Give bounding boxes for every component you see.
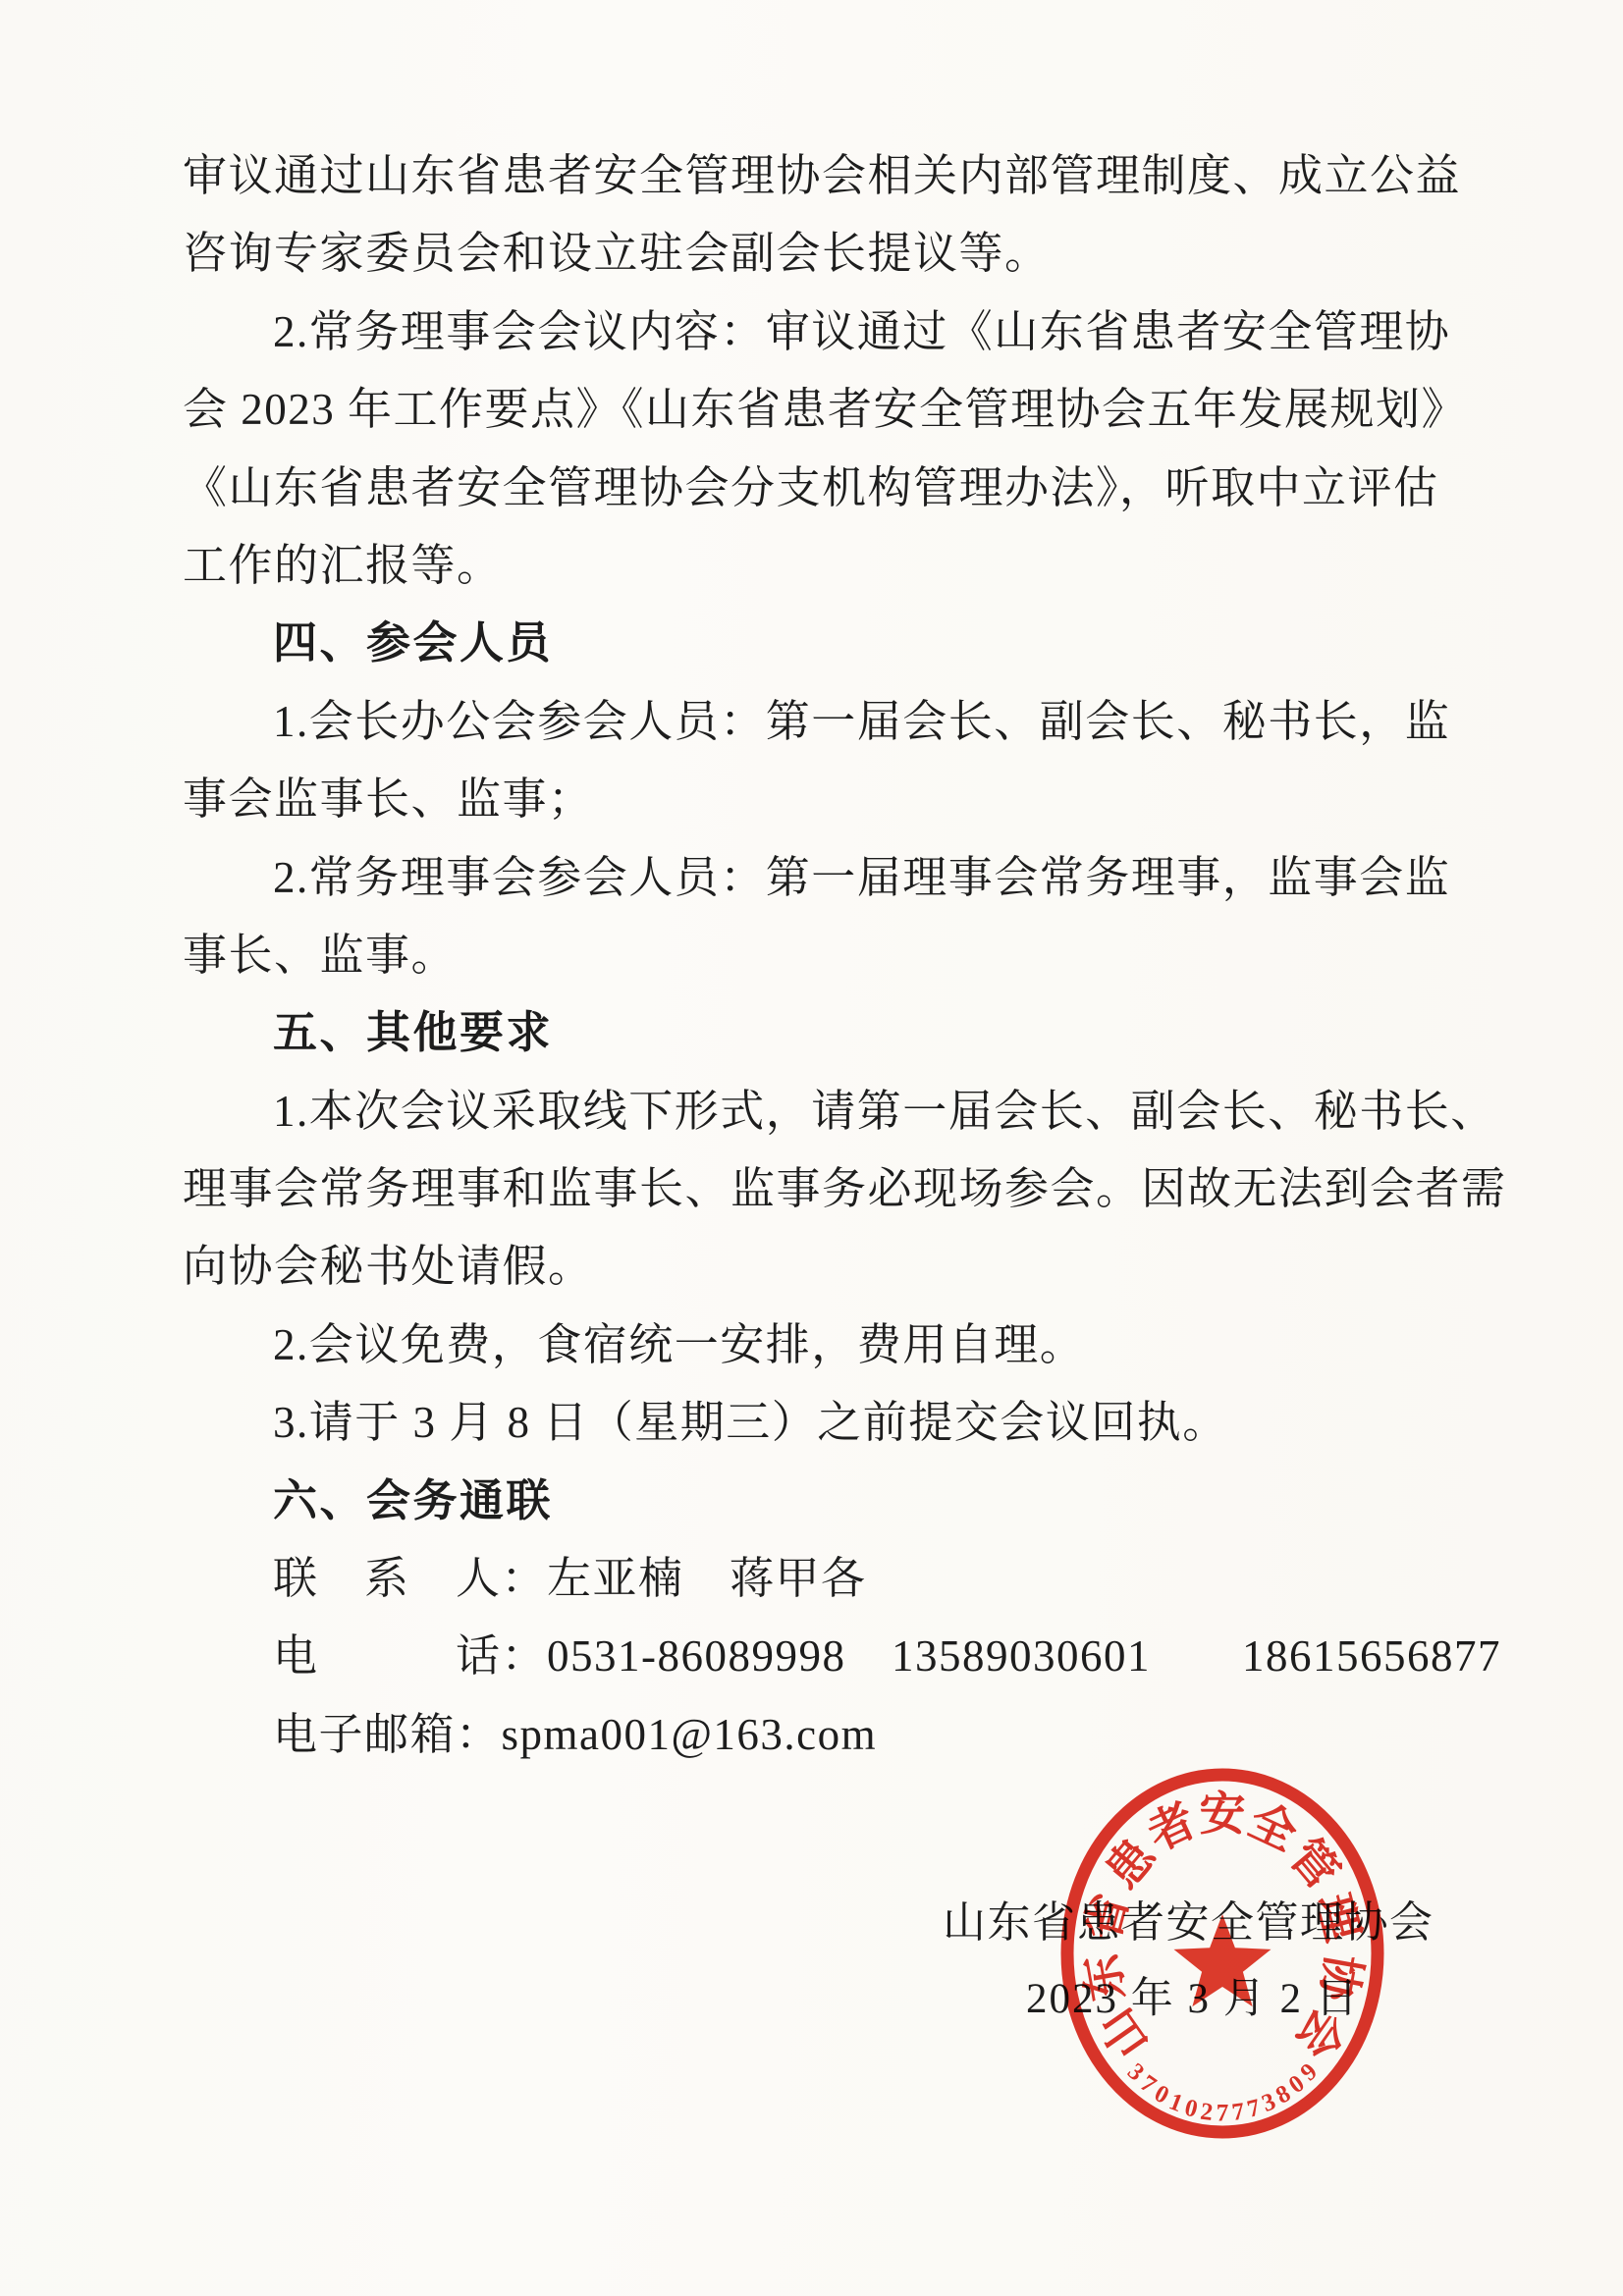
text-line: 向协会秘书处请假。 — [183, 1228, 1459, 1306]
text-line: 会 2023 年工作要点》《山东省患者安全管理协会五年发展规划》 — [183, 371, 1459, 449]
section-heading: 四、参会人员 — [183, 605, 1459, 682]
text-line: 2.会议免费，食宿统一安排，费用自理。 — [183, 1307, 1459, 1384]
text-line: 3.请于 3 月 8 日（星期三）之前提交会议回执。 — [183, 1384, 1459, 1462]
seal-code-digit: 0 — [1182, 2095, 1201, 2123]
seal-code-digit: 2 — [1199, 2099, 1215, 2126]
text-line: 审议通过山东省患者安全管理协会相关内部管理制度、成立公益 — [183, 137, 1459, 215]
text-line: 联 系 人：左亚楠 蒋甲各 — [183, 1540, 1459, 1618]
seal-org-char: 理 — [1307, 1889, 1368, 1947]
section-heading: 六、会务通联 — [183, 1463, 1459, 1540]
text-line: 《山东省患者安全管理协会分支机构管理办法》，听取中立评估 — [183, 450, 1459, 527]
text-line: 电 话：0531-86089998 13589030601 1861565687… — [183, 1618, 1459, 1695]
body-text: 审议通过山东省患者安全管理协会相关内部管理制度、成立公益咨询专家委员会和设立驻会… — [183, 137, 1459, 1774]
text-line: 2.常务理事会会议内容：审议通过《山东省患者安全管理协 — [183, 294, 1459, 371]
text-line: 事会监事长、监事； — [183, 761, 1459, 838]
text-line: 咨询专家委员会和设立驻会副会长提议等。 — [183, 215, 1459, 293]
official-seal-stamp: 山东省患者安全管理协会 3701027773809 — [1044, 1755, 1401, 2152]
text-line: 事长、监事。 — [183, 917, 1459, 994]
text-line: 1.本次会议采取线下形式，请第一届会长、副会长、秘书长、 — [183, 1073, 1459, 1150]
seal-org-char: 协 — [1310, 1950, 1369, 2006]
seal-org-char: 省 — [1077, 1889, 1138, 1947]
text-line: 理事会常务理事和监事长、监事务必现场参会。因故无法到会者需 — [183, 1150, 1459, 1228]
seal-code-digit: 7 — [1230, 2099, 1246, 2126]
text-line: 1.会长办公会参会人员：第一届会长、副会长、秘书长，监 — [183, 683, 1459, 761]
document-page: 审议通过山东省患者安全管理协会相关内部管理制度、成立公益咨询专家委员会和设立驻会… — [0, 0, 1623, 2296]
seal-org-char: 东 — [1076, 1950, 1134, 2004]
seal-code-digit: 7 — [1217, 2101, 1229, 2127]
text-line: 工作的汇报等。 — [183, 527, 1459, 605]
text-line: 2.常务理事会参会人员：第一届理事会常务理事，监事会监 — [183, 839, 1459, 917]
seal-star-icon — [1174, 1914, 1271, 2006]
seal-org-char: 安 — [1200, 1789, 1246, 1841]
section-heading: 五、其他要求 — [183, 994, 1459, 1072]
